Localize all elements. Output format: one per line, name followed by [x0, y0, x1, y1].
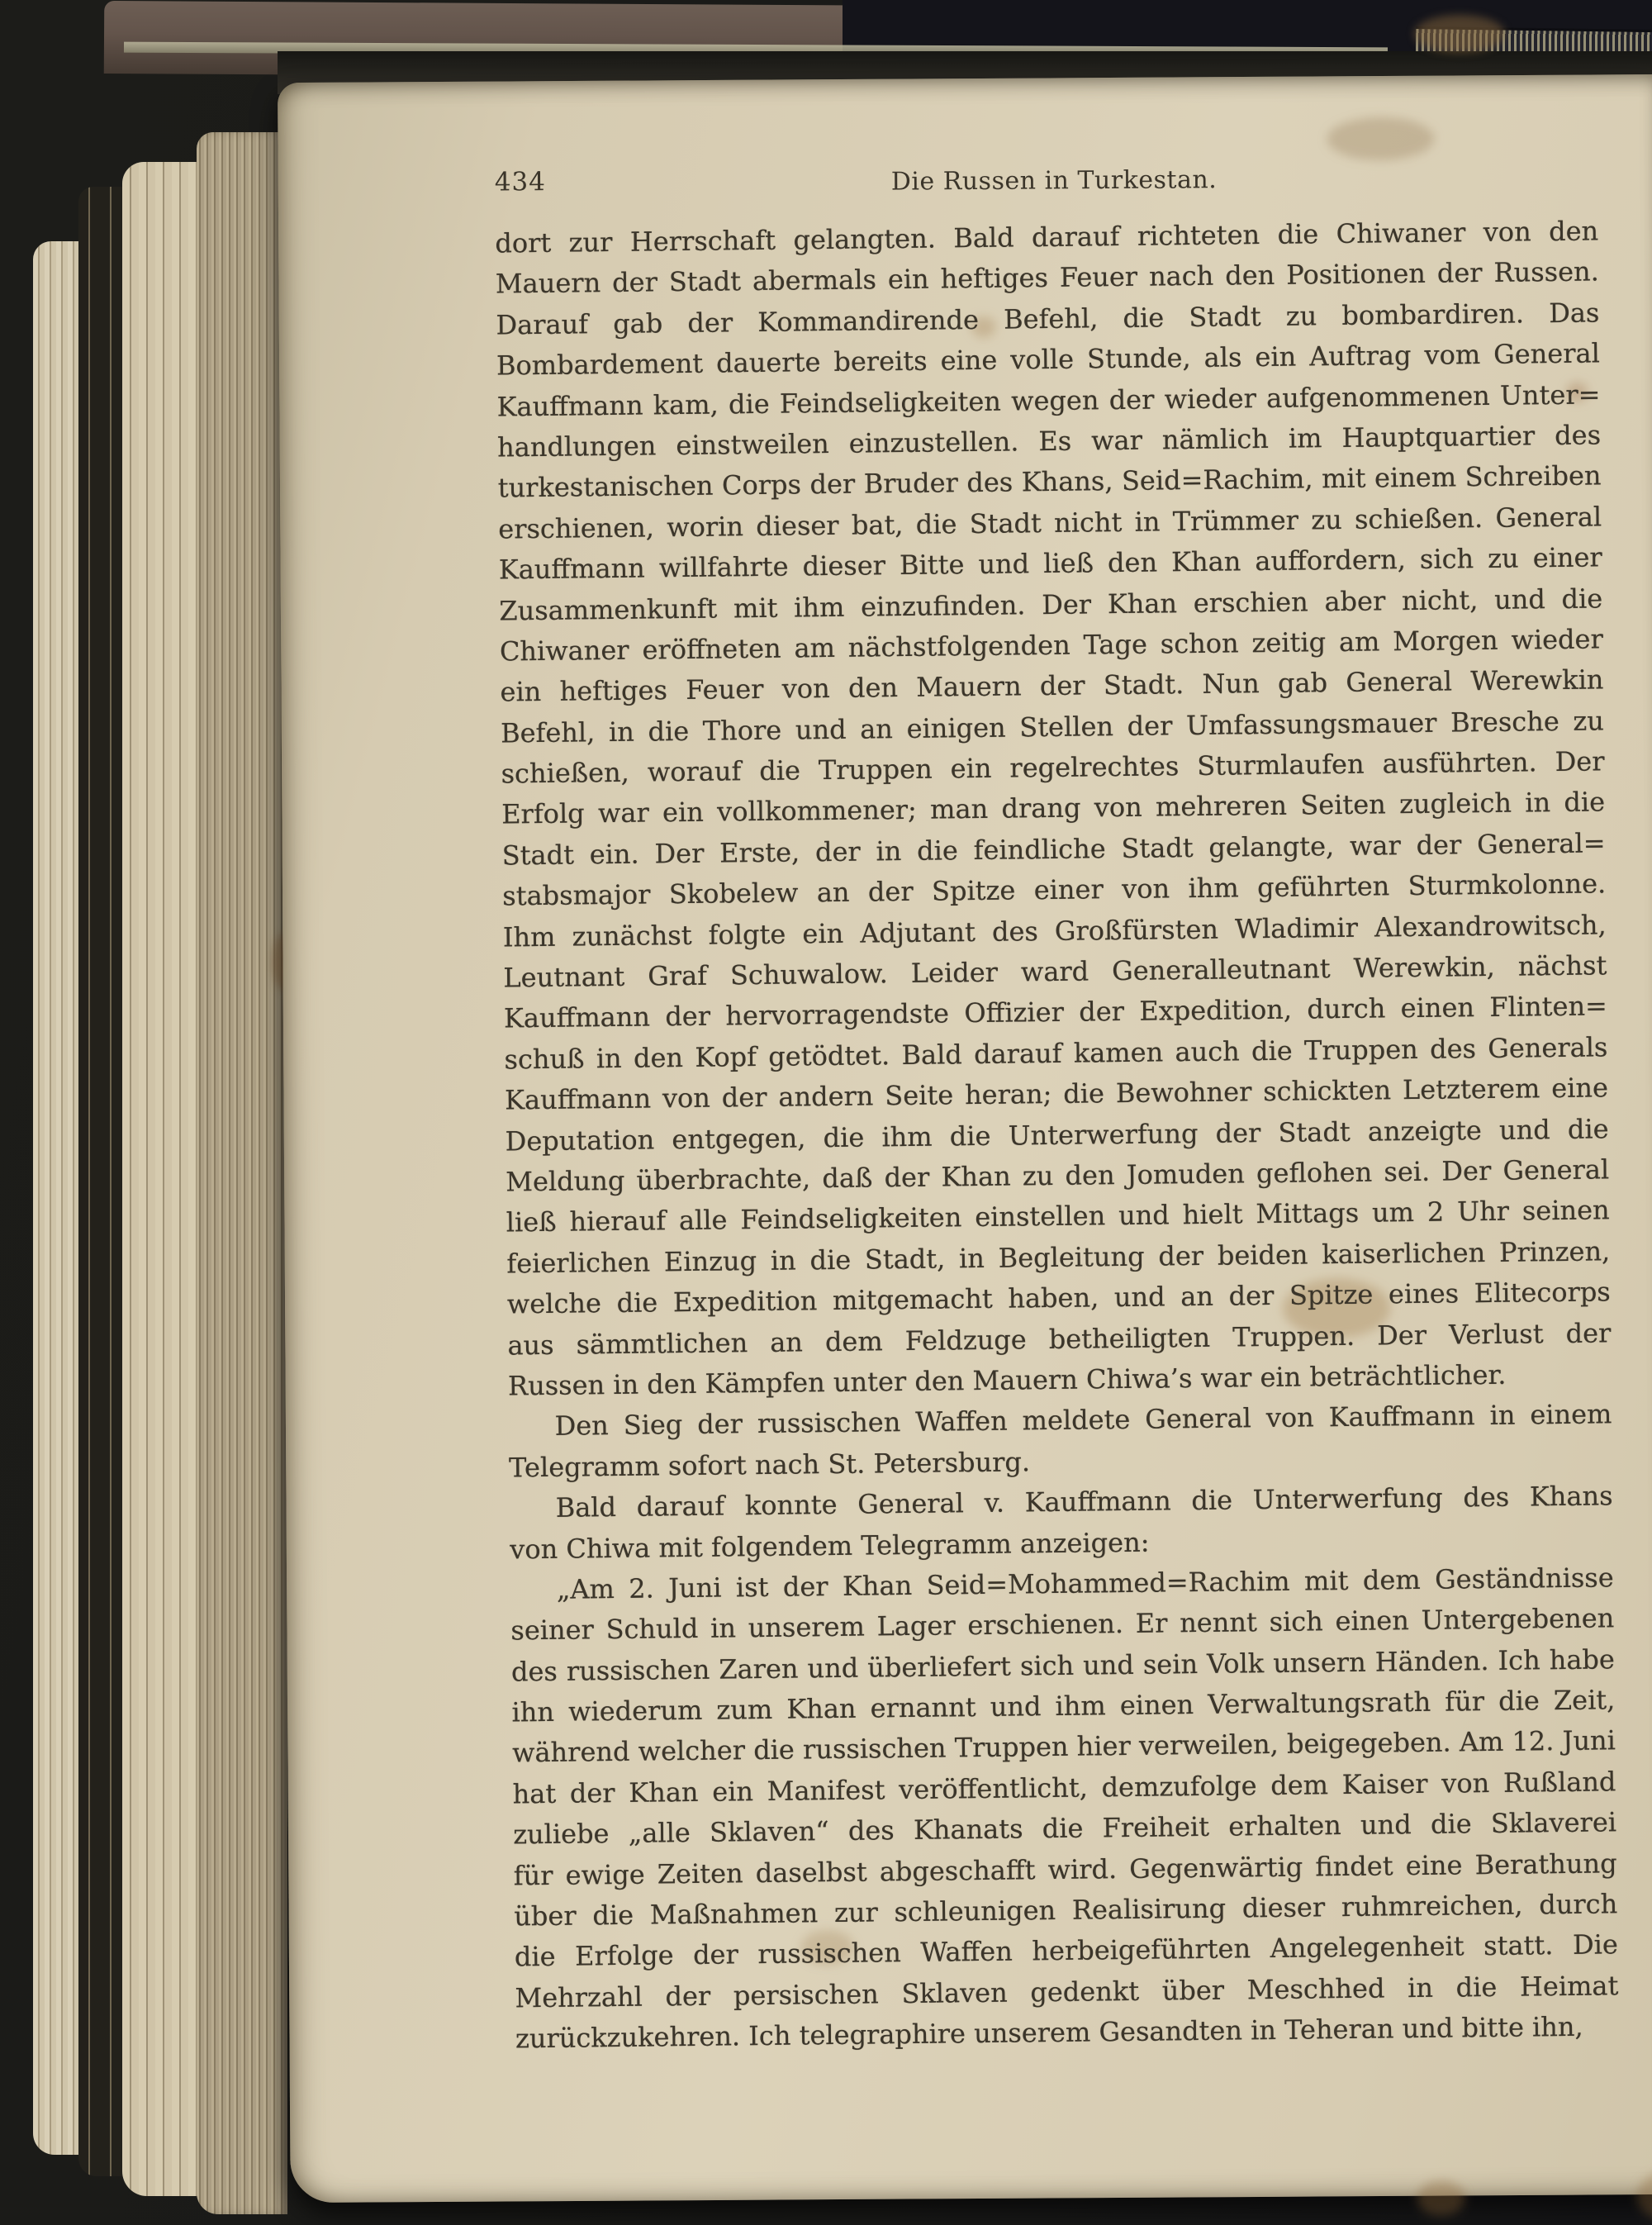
- stain-spot: [1417, 2180, 1465, 2215]
- photo-background: 434 Die Russen in Turkestan. dortzurHerr…: [0, 0, 1652, 2225]
- page-stack-layer-inner: [197, 132, 287, 2214]
- page-number: 434: [495, 167, 546, 197]
- stain-spot: [1327, 117, 1434, 161]
- page-stack-dark-gap: [78, 187, 124, 2176]
- text-block: dortzurHerrschaftgelangten.Balddaraufric…: [495, 211, 1619, 2060]
- book-page: 434 Die Russen in Turkestan. dortzurHerr…: [278, 74, 1652, 2203]
- page-stack-layer-outer: [33, 241, 81, 2155]
- page-stack-layer-middle: [122, 162, 200, 2196]
- running-title: Die Russen in Turkestan.: [891, 165, 1218, 196]
- stain-spot: [1414, 15, 1505, 53]
- stain-spot: [1636, 2170, 1652, 2223]
